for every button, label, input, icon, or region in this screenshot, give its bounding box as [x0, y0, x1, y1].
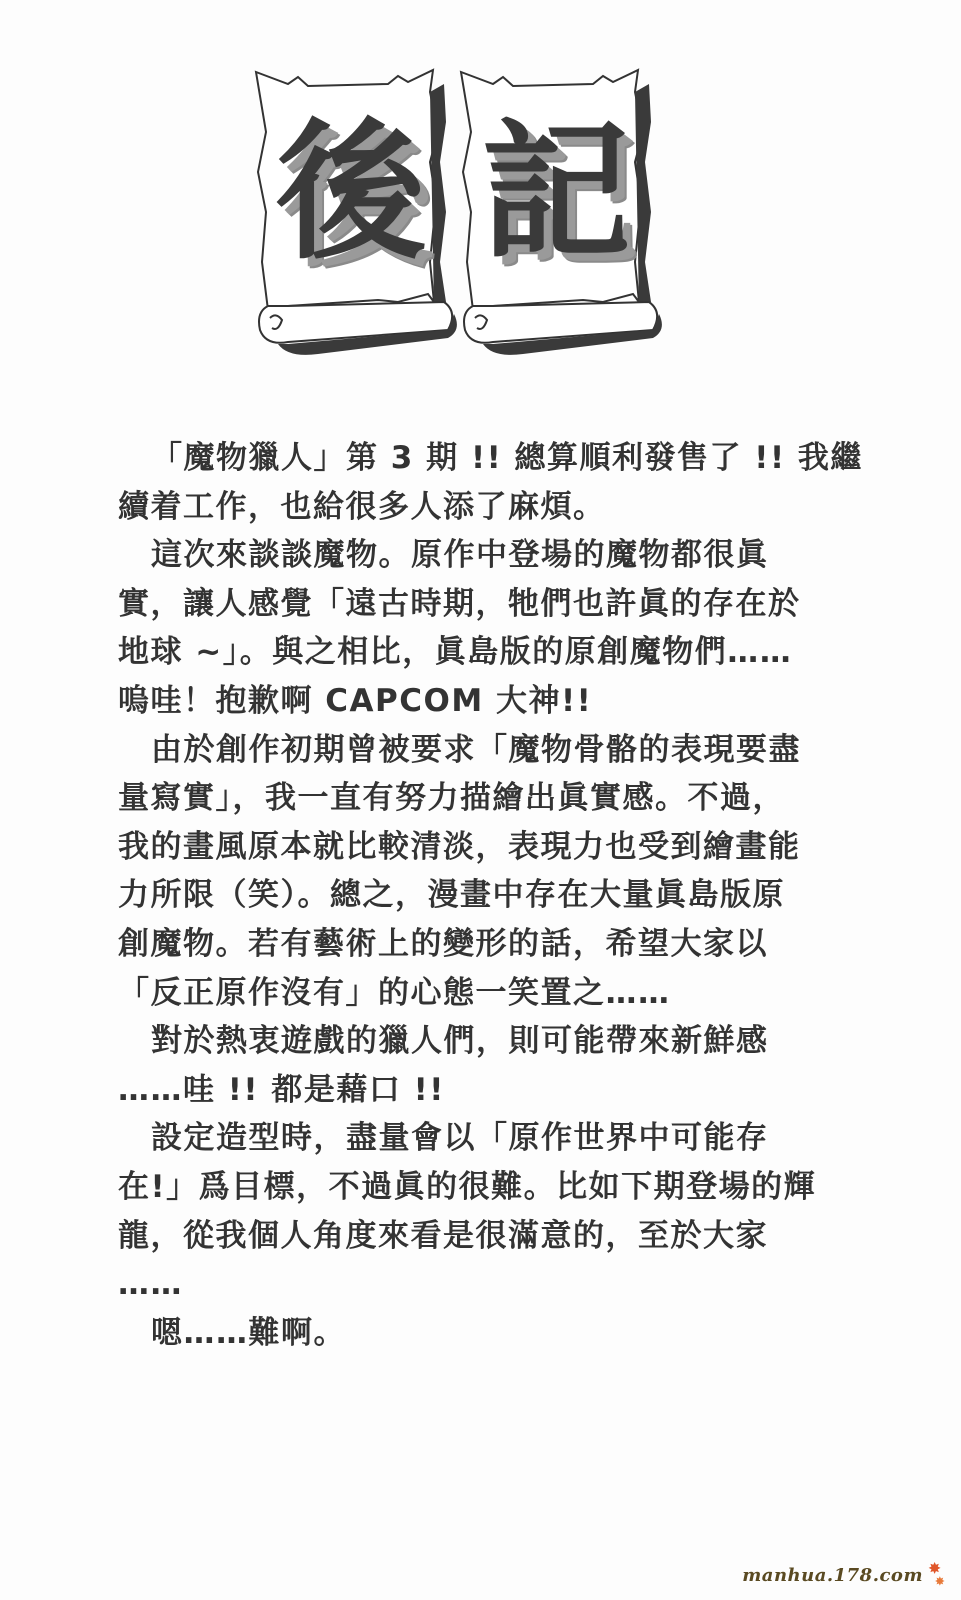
text-line: 量寫實」，我一直有努力描繪出眞實感。不過，: [118, 774, 818, 823]
text-line: 嗯……難啊。: [118, 1309, 818, 1358]
watermark: manhua.178.com ✸ ✸: [742, 1565, 923, 1586]
text-line: 力所限（笑）。總之，漫畫中存在大量眞島版原: [118, 871, 818, 920]
text-line: 續着工作，也給很多人添了麻煩。: [118, 483, 818, 532]
text-line: 在!」爲目標，不過眞的很難。比如下期登場的輝: [118, 1163, 818, 1212]
text-line: 由於創作初期曾被要求「魔物骨骼的表現要盡: [118, 726, 818, 775]
manga-page: 後 記 「魔物獵人」第 3 期 !! 總算順利發售了 !! 我繼 續着工作，也給…: [0, 0, 961, 1600]
text-line: 我的畫風原本就比較清淡，表現力也受到繪畫能: [118, 823, 818, 872]
star-icon: ✸: [935, 1575, 945, 1588]
text-line: 龍，從我個人角度來看是很滿意的，至於大家: [118, 1212, 818, 1261]
text-line: 「反正原作沒有」的心態一笑置之……: [118, 969, 818, 1018]
text-line: ……: [118, 1260, 818, 1309]
text-line: ……哇 !! 都是藉口 !!: [118, 1066, 818, 1115]
text-line: 這次來談談魔物。原作中登場的魔物都很眞: [118, 531, 818, 580]
title-char-1: 後: [276, 102, 426, 282]
watermark-text: manhua.178.com: [742, 1565, 923, 1586]
scroll-left: 後: [248, 62, 458, 362]
text-line: 創魔物。若有藝術上的變形的話，希望大家以: [118, 920, 818, 969]
text-line: 嗚哇！抱歉啊 CAPCOM 大神!!: [118, 677, 818, 726]
afterword-title: 後 記: [240, 62, 670, 362]
text-line: 對於熱衷遊戲的獵人們，則可能帶來新鮮感: [118, 1017, 818, 1066]
text-line: 實，讓人感覺「遠古時期，牠們也許眞的存在於: [118, 580, 818, 629]
text-line: 設定造型時，盡量會以「原作世界中可能存: [118, 1114, 818, 1163]
scroll-right: 記: [453, 62, 663, 362]
text-line: 「魔物獵人」第 3 期 !! 總算順利發售了 !! 我繼: [118, 434, 818, 483]
afterword-body: 「魔物獵人」第 3 期 !! 總算順利發售了 !! 我繼 續着工作，也給很多人添…: [118, 434, 818, 1357]
text-line: 地球 ~」。與之相比，眞島版的原創魔物們……: [118, 628, 818, 677]
title-char-2: 記: [481, 102, 631, 282]
